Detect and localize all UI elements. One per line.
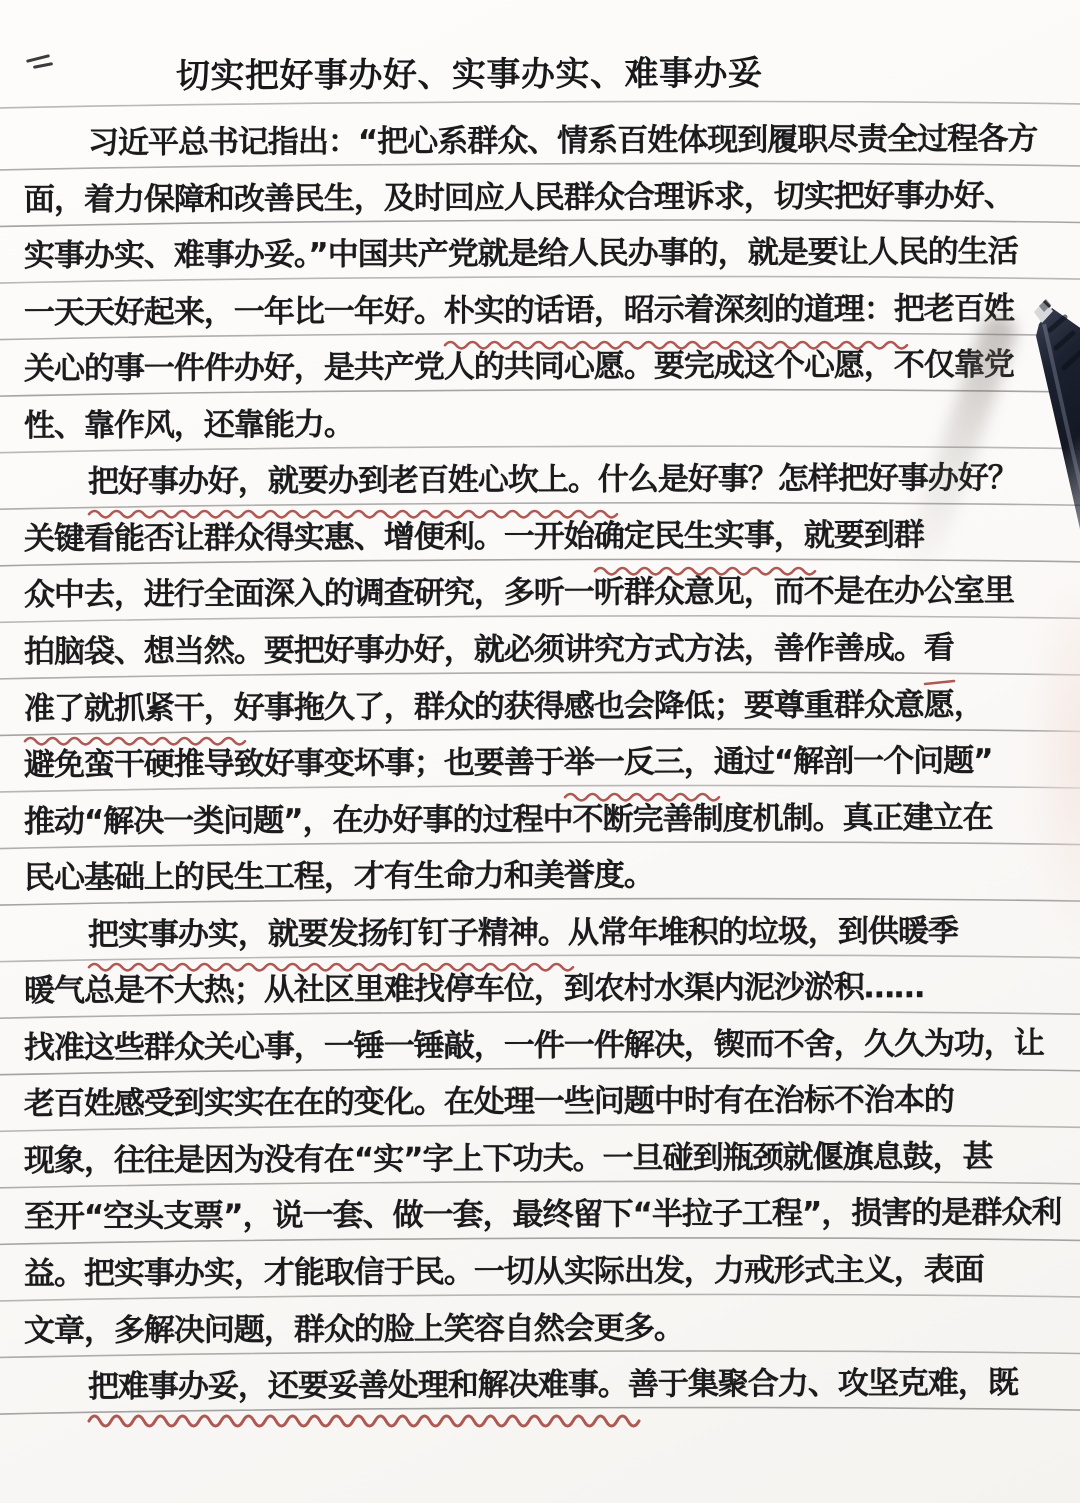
handwritten-line: 老百姓感受到实实在在的变化。在处理一些问题中时有在治标不治本的 [24, 1077, 954, 1128]
handwritten-line: 一天天好起来，一年比一年好。朴实的话语，昭示着深刻的道理：把老百姓 [24, 285, 1014, 336]
red-underline [88, 507, 606, 529]
handwritten-line: 习近平总书记指出：“把心系群众、情系百姓体现到履职尽责全过程各方 [88, 116, 1038, 167]
handwritten-line: 益。把实事办实，才能取信于民。一切从实际出发，力戒形式主义，表面 [24, 1247, 984, 1298]
handwritten-line: 找准这些群众关心事，一锤一锤敲，一件一件解决，锲而不舍，久久为功，让 [24, 1020, 1044, 1071]
handwritten-line: 现象，往往是因为没有在“实”字上下功夫。一旦碰到瓶颈就偃旗息鼓，甚 [24, 1134, 993, 1185]
handwritten-line: 把难事办妥，还要妥善处理和解决难事。善于集聚合力、攻坚克难，既 [88, 1360, 1018, 1411]
handwritten-line: 文章，多解决问题，群众的脸上笑容自然会更多。 [24, 1305, 684, 1355]
handwritten-line: 面，着力保障和改善民生，及时回应人民群众合理诉求，切实把好事办好、 [24, 172, 1014, 223]
handwritten-line: 把好事办好，就要办到老百姓心坎上。什么是好事？怎样把好事办好？ [88, 455, 1018, 506]
handwritten-line: 性、靠作风，还靠能力。 [24, 401, 354, 449]
red-underline [444, 338, 902, 360]
essay-title: 切实把好事办好、实事办实、难事办妥 [176, 48, 763, 101]
handwritten-line: 准了就抓紧干，好事拖久了，群众的获得感也会降低；要尊重群众意愿， [24, 681, 984, 732]
handwritten-line: 民心基础上的民生工程，才有生命力和美誉度。 [24, 852, 654, 902]
handwritten-line: 把实事办实，就要发扬钉钉子精神。从常年堆积的垃圾，到供暖季 [88, 908, 958, 959]
notebook-page-photo: 切实把好事办好、实事办实、难事办妥 习近平总书记指出：“把心系群众、情系百姓体现… [0, 0, 1080, 1503]
red-underline [924, 677, 962, 699]
handwritten-line: 拍脑袋、想当然。要把好事办好，就必须讲究方式方法，善作善成。看 [24, 625, 954, 676]
handwritten-line: 众中去，进行全面深入的调查研究，多听一听群众意见，而不是在办公室里 [24, 568, 1014, 619]
red-underline [88, 1412, 636, 1434]
pen-tip [1000, 282, 1080, 622]
red-underline [88, 960, 576, 982]
handwritten-line: 至开“空头支票”，说一套、做一套，最终留下“半拉子工程”，损害的是群众利 [24, 1190, 1062, 1242]
handwritten-line: 推动“解决一类问题”，在办好事的过程中不断完善制度机制。真正建立在 [24, 794, 993, 845]
red-underline [594, 564, 812, 586]
blurred-object [1026, 590, 1080, 950]
red-underline [24, 734, 242, 756]
handwritten-line: 实事办实、难事办妥。”中国共产党就是给人民办事的，就是要让人民的生活 [24, 229, 1018, 280]
red-underline [564, 790, 722, 812]
